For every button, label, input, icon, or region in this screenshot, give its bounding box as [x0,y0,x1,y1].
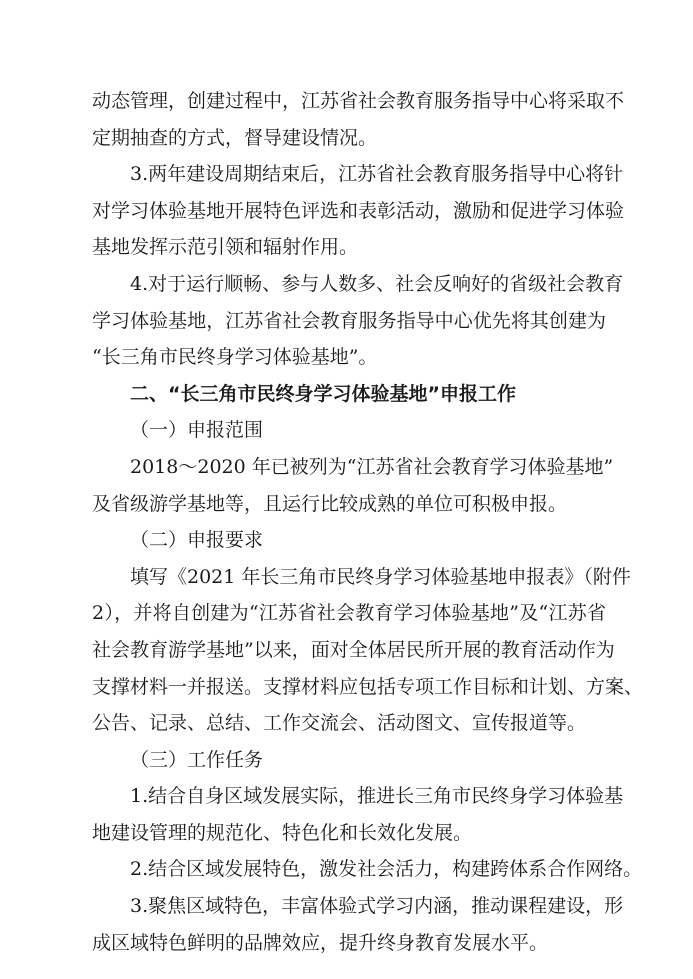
document-page: 动态管理，创建过程中，江苏省社会教育服务指导中心将采取不 定期抽查的方式，督导建… [92,83,606,961]
section-heading: 二、“长三角市民终身学习体验基地”申报工作 [92,376,606,413]
paragraph-line: 填写《2021 年长三角市民终身学习体验基地申报表》（附件 [92,559,606,596]
paragraph-line: 支撑材料一并报送。支撑材料应包括专项工作目标和计划、方案、 [92,669,606,706]
paragraph-line: 对学习体验基地开展特色评选和表彰活动，激励和促进学习体验 [92,193,606,230]
subsection-heading: （二）申报要求 [92,522,606,559]
paragraph-line: 定期抽查的方式，督导建设情况。 [92,120,606,157]
paragraph-line: 地建设管理的规范化、特色化和长效化发展。 [92,815,606,852]
paragraph-line: 及省级游学基地等，且运行比较成熟的单位可积极申报。 [92,486,606,523]
subsection-heading: （一）申报范围 [92,412,606,449]
paragraph-line: 学习体验基地，江苏省社会教育服务指导中心优先将其创建为 [92,303,606,340]
paragraph-line: 社会教育游学基地”以来，面对全体居民所开展的教育活动作为 [92,632,606,669]
paragraph-line: 4.对于运行顺畅、参与人数多、社会反响好的省级社会教育 [92,266,606,303]
paragraph-line: 3.两年建设周期结束后，江苏省社会教育服务指导中心将针 [92,156,606,193]
paragraph-line: 3.聚焦区域特色，丰富体验式学习内涵，推动课程建设，形 [92,888,606,925]
paragraph-line: 2.结合区域发展特色，激发社会活力，构建跨体系合作网络。 [92,851,606,888]
paragraph-line: “长三角市民终身学习体验基地”。 [92,339,606,376]
paragraph-line: 2），并将自创建为“江苏省社会教育学习体验基地”及“江苏省 [92,595,606,632]
paragraph-line: 动态管理，创建过程中，江苏省社会教育服务指导中心将采取不 [92,83,606,120]
paragraph-line: 基地发挥示范引领和辐射作用。 [92,229,606,266]
paragraph-line: 公告、记录、总结、工作交流会、活动图文、宣传报道等。 [92,705,606,742]
subsection-heading: （三）工作任务 [92,742,606,779]
paragraph-line: 成区域特色鲜明的品牌效应，提升终身教育发展水平。 [92,925,606,962]
paragraph-line: 2018～2020 年已被列为“江苏省社会教育学习体验基地” [92,449,606,486]
paragraph-line: 1.结合自身区域发展实际，推进长三角市民终身学习体验基 [92,778,606,815]
